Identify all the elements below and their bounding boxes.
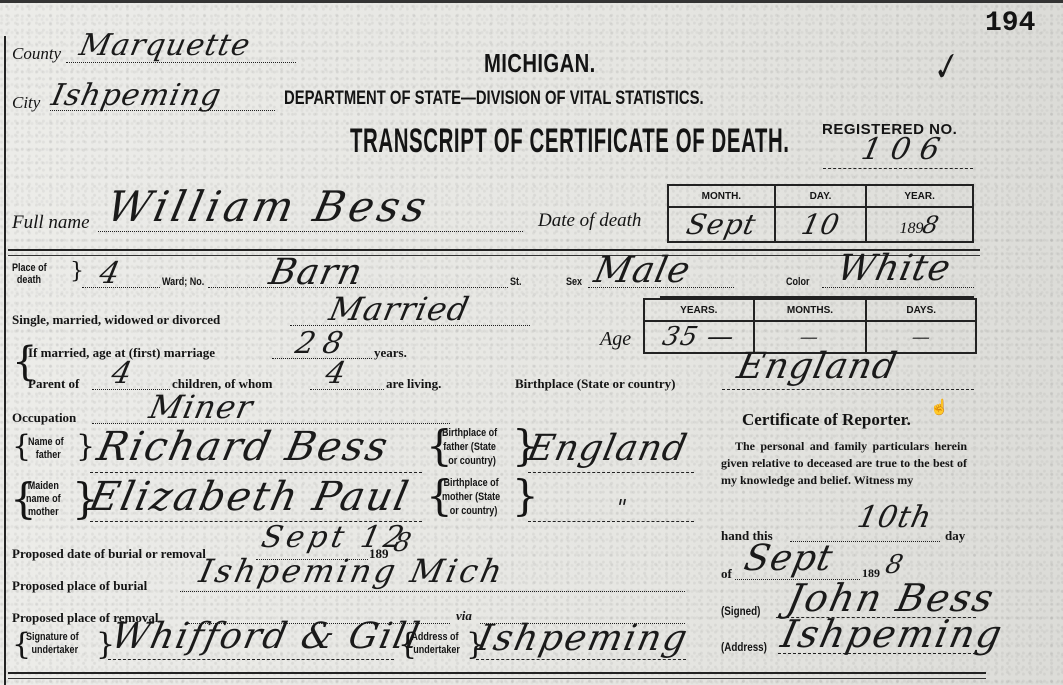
father-birthplace-line	[528, 472, 694, 473]
mother-name-label: Maiden name of mother	[26, 480, 61, 519]
day-header: DAY.	[775, 185, 867, 207]
father-birthplace-label-line1: Birthplace of	[442, 427, 497, 439]
death-certificate-page: 194 ✓ County Marquette City Ishpeming MI…	[0, 0, 1063, 685]
living-count-value: 4	[322, 356, 350, 391]
reporter-address-value: Ishpeming	[777, 612, 1007, 656]
mother-birthplace-line	[528, 521, 694, 522]
age-years-value: 35 —	[660, 322, 738, 352]
city-label: City	[12, 93, 40, 113]
sex-value: Male	[591, 250, 695, 291]
street-value: Barn	[266, 252, 367, 293]
street-label: St.	[510, 276, 522, 288]
mother-birthplace-label-line2: mother (State	[442, 491, 500, 503]
age-months-header: MONTHS.	[754, 299, 867, 321]
father-name-label-line2: father	[31, 449, 61, 461]
reporter-day-value: 10th	[854, 500, 935, 535]
age-days-header: DAYS.	[866, 299, 976, 321]
full-name-line	[98, 231, 523, 232]
father-birthplace-label-line3: or country)	[443, 455, 496, 467]
age-years-header: YEARS.	[644, 299, 754, 321]
birthplace-line	[722, 389, 974, 390]
sex-label: Sex	[566, 276, 582, 288]
children-count-value: 4	[108, 356, 136, 391]
ward-line	[82, 287, 160, 288]
certificate-title: TRANSCRIPT OF CERTIFICATE OF DEATH.	[350, 122, 790, 161]
father-birthplace-label-line2: father (State	[443, 441, 496, 453]
ward-value: 4	[96, 256, 124, 291]
mother-birthplace-value: "	[613, 496, 629, 521]
burial-place-line	[180, 591, 685, 592]
mother-name-label-line3: mother	[28, 506, 59, 518]
age-days-value: —	[909, 327, 932, 348]
birthplace-label: Birthplace (State or country)	[515, 376, 675, 392]
undertaker-signature-label-line1: Signature of	[26, 631, 79, 643]
place-brace-icon: }	[70, 259, 84, 285]
burial-date-label: Proposed date of burial or removal	[12, 546, 206, 562]
undertaker-signature-label-line2: undertaker	[27, 644, 79, 656]
left-border	[4, 36, 6, 685]
place-of-death-label-line2: death	[12, 274, 41, 286]
ward-label: Ward; No.	[162, 276, 204, 288]
mother-birthplace-label-line3: or country)	[445, 505, 498, 517]
mother-name-label-line2: name of	[26, 493, 61, 505]
father-name-label: Name of father	[28, 436, 64, 462]
father-birthplace-label: Birthplace of father (State or country)	[442, 426, 497, 468]
hand-cursor-icon: ☝	[930, 398, 949, 417]
mother-birthplace-label-line1: Birthplace of	[443, 477, 498, 489]
marital-status-value: Married	[326, 290, 473, 328]
reporter-day-label: day	[945, 528, 965, 544]
undertaker-address-label: Address of undertaker	[410, 631, 460, 657]
city-value: Ishpeming	[48, 78, 225, 113]
year-header: YEAR.	[866, 185, 973, 207]
parent-of-label: Parent of	[28, 376, 79, 392]
undertaker-address-line	[476, 659, 686, 660]
color-value: White	[834, 248, 955, 289]
date-of-death-table: MONTH. DAY. YEAR. Sept 10 1898	[667, 184, 974, 243]
undertaker-signature-line	[108, 659, 394, 660]
death-month-value: Sept	[683, 208, 759, 241]
undertaker-signature-value: Whifford & Gill	[108, 616, 425, 657]
section-divider-top	[8, 249, 980, 256]
father-name-label-line1: Name of	[28, 436, 64, 448]
father-name-value: Richard Bess	[93, 424, 393, 470]
occupation-value: Miner	[146, 388, 257, 426]
father-name-line	[90, 472, 422, 473]
reporter-signed-label: (Signed)	[721, 604, 760, 618]
death-year-suffix: 8	[921, 211, 943, 239]
registered-number-line	[823, 168, 973, 169]
top-border	[0, 0, 1063, 3]
mother-name-label-line1: Maiden	[28, 480, 59, 492]
place-of-death-label: Place of death	[12, 262, 47, 286]
page-number: 194	[985, 8, 1035, 39]
color-label: Color	[786, 276, 810, 288]
county-label: County	[12, 44, 61, 64]
mother-birthplace-label: Birthplace of mother (State or country)	[442, 476, 500, 518]
undertaker-address-value: Ishpeming	[474, 618, 693, 659]
registered-number-value: 106	[858, 132, 953, 167]
check-mark-icon: ✓	[924, 44, 965, 92]
section-divider-bottom	[8, 672, 986, 679]
state-heading: MICHIGAN.	[484, 48, 596, 79]
place-of-death-label-line1: Place of	[12, 262, 47, 274]
reporter-address-label: (Address)	[721, 640, 767, 654]
marital-status-label: Single, married, widowed or divorced	[12, 312, 220, 328]
age-months-value: —	[798, 327, 821, 348]
undertaker-signature-label: Signature of undertaker	[26, 631, 79, 657]
county-value: Marquette	[76, 28, 254, 63]
living-label: are living.	[386, 376, 441, 392]
living-line	[310, 389, 384, 390]
father-birthplace-value: England	[524, 428, 691, 469]
father-brace-right-icon: }	[76, 432, 95, 462]
occupation-label: Occupation	[12, 410, 76, 426]
death-year-prefix: 189	[899, 220, 923, 237]
reporter-statement: The personal and family particulars here…	[721, 438, 967, 489]
reporter-heading: Certificate of Reporter.	[742, 410, 911, 430]
death-day-value: 10	[798, 208, 843, 241]
reporter-month-value: Sept	[741, 538, 837, 579]
full-name-value: William Bess	[103, 182, 435, 231]
age-label: Age	[600, 328, 631, 351]
undertaker-address-label-line1: Address of	[411, 631, 458, 643]
mother-birthplace-brace-right-icon: }	[512, 475, 539, 517]
birthplace-value: England	[734, 346, 901, 387]
age-at-marriage-unit: years.	[374, 345, 407, 361]
full-name-label: Full name	[12, 212, 90, 234]
burial-place-label: Proposed place of burial	[12, 578, 147, 594]
date-of-death-label: Date of death	[538, 210, 641, 232]
undertaker-address-label-line2: undertaker	[410, 644, 460, 656]
department-heading: DEPARTMENT OF STATE—DIVISION OF VITAL ST…	[284, 88, 704, 110]
reporter-of-label: of	[721, 566, 732, 582]
month-header: MONTH.	[668, 185, 775, 207]
via-label: via	[456, 608, 472, 624]
burial-place-value: Ishpeming Mich	[196, 552, 509, 590]
mother-name-value: Elizabeth Paul	[85, 474, 414, 520]
